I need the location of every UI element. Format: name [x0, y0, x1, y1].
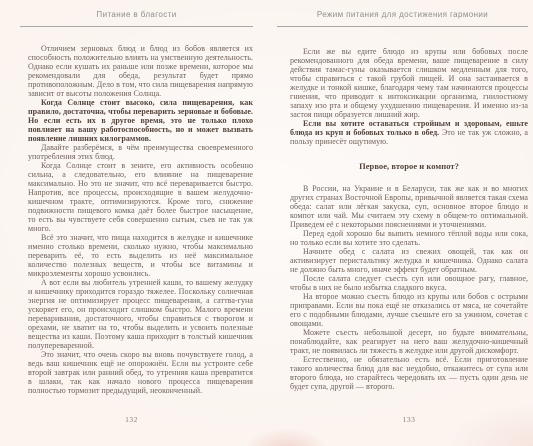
paragraph: Давайте разберёмся, в чём преимущества с…: [28, 143, 253, 161]
running-header-right: Режим питания для достижения гармонии: [277, 10, 528, 27]
text-run: Когда Солнце стоит высоко, сила пищеваре…: [28, 98, 253, 143]
text-run: А вот если вы любитель утренней каши, то…: [28, 278, 253, 350]
text-run: На второе можно съесть блюдо из крупы ил…: [290, 292, 528, 328]
page-left: Питание в благости Отличием зерновых блю…: [28, 0, 253, 446]
section-heading: Первое, второе и компот?: [290, 162, 528, 171]
text-run: Можете съесть небольшой десерт, но будьт…: [290, 328, 528, 355]
paragraph: Начните обед с салата из свежих овощей, …: [290, 247, 528, 274]
text-run: Всё это значит, что пища находится в жел…: [28, 233, 253, 278]
paragraph: Естественно, не обязательно есть всё. Ес…: [290, 355, 528, 391]
running-header-right-text: Режим питания для достижения гармонии: [317, 10, 488, 19]
paragraph: Когда Солнце стоит в зените, его активно…: [28, 161, 253, 233]
paragraph: На второе можно съесть блюдо из крупы ил…: [290, 292, 528, 328]
text-run: Отличием зерновых блюд и блюд из бобов я…: [28, 44, 253, 98]
paragraph: Всё это значит, что пища находится в жел…: [28, 233, 253, 278]
paragraph: После салата следует съесть суп или овощ…: [290, 274, 528, 292]
page-right-body: Если же вы едите блюдо из крупы или бобо…: [290, 47, 528, 391]
running-header-left-text: Питание в благости: [96, 10, 176, 19]
text-run: Естественно, не обязательно есть всё. Ес…: [290, 355, 528, 391]
text-run: Это значит, что очень скоро вы вновь поч…: [28, 350, 253, 395]
text-run: Давайте разберёмся, в чём преимущества с…: [28, 143, 253, 161]
paragraph: В России, на Украине и в Беларуси, так ж…: [290, 184, 528, 229]
paragraph: Когда Солнце стоит высоко, сила пищеваре…: [28, 98, 253, 143]
text-run: После салата следует съесть суп или овощ…: [290, 274, 528, 292]
page-number-left: 132: [28, 415, 235, 424]
text-run: Начните обед с салата из свежих овощей, …: [290, 247, 528, 274]
page-right: Режим питания для достижения гармонии Ес…: [290, 0, 528, 446]
paragraph: Перед едой хорошо бы выпить немного тёпл…: [290, 229, 528, 247]
paragraph: А вот если вы любитель утренней каши, то…: [28, 278, 253, 350]
running-header-left: Питание в благости: [20, 10, 253, 27]
text-run: Если же вы едите блюдо из крупы или бобо…: [290, 47, 528, 119]
text-run: В России, на Украине и в Беларуси, так ж…: [290, 184, 528, 229]
paragraph: Если вы хотите оставаться стройным и здо…: [290, 119, 528, 146]
text-run: Перед едой хорошо бы выпить немного тёпл…: [290, 229, 528, 247]
page-left-body: Отличием зерновых блюд и блюд из бобов я…: [28, 44, 253, 395]
paragraph: Если же вы едите блюдо из крупы или бобо…: [290, 47, 528, 119]
book-spread: Питание в благости Отличием зерновых блю…: [0, 0, 533, 446]
text-run: Когда Солнце стоит в зените, его активно…: [28, 161, 253, 233]
paragraph: Отличием зерновых блюд и блюд из бобов я…: [28, 44, 253, 98]
paragraph: Это значит, что очень скоро вы вновь поч…: [28, 350, 253, 395]
text-run: Первое, второе и компот?: [359, 161, 459, 171]
paragraph: Можете съесть небольшой десерт, но будьт…: [290, 328, 528, 355]
page-number-right: 133: [290, 415, 528, 424]
